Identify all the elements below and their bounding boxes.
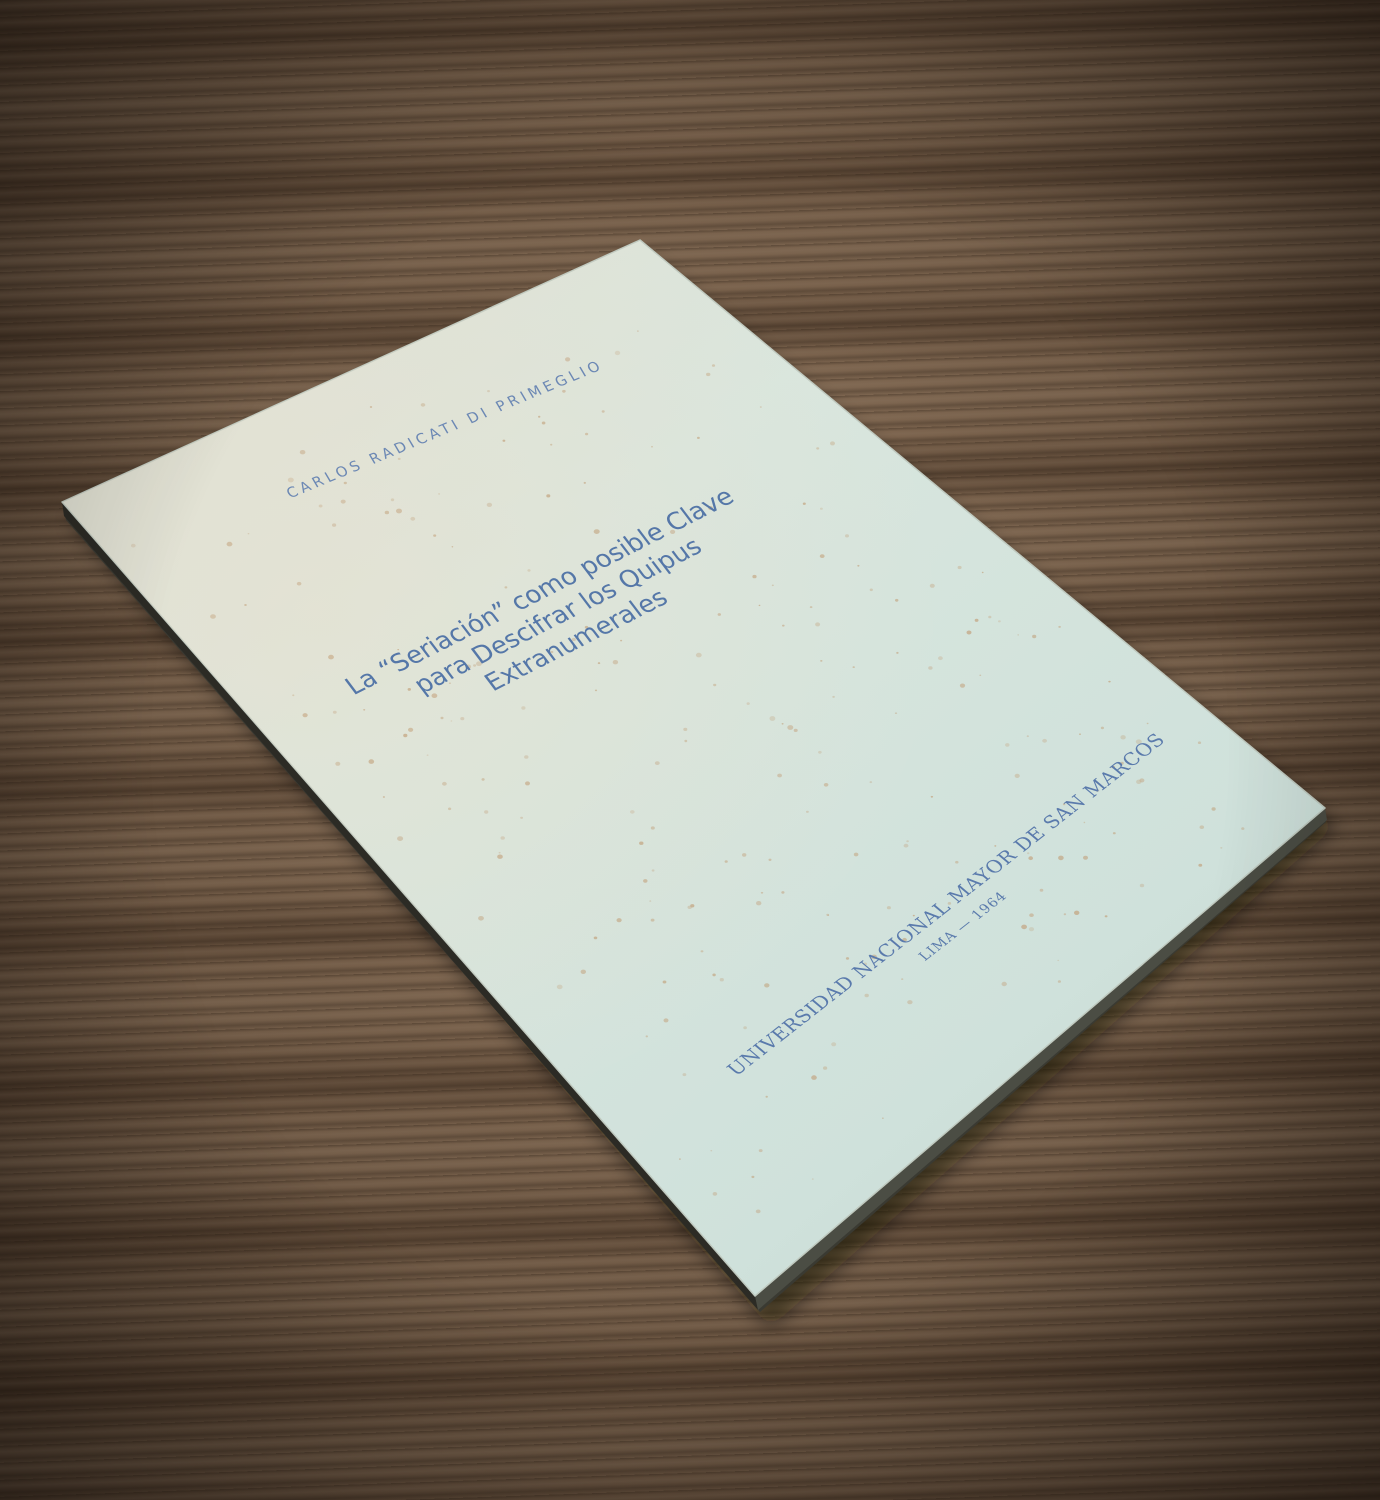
- book-cover-warm-tone: [62, 240, 1325, 1296]
- book: [0, 0, 1380, 1500]
